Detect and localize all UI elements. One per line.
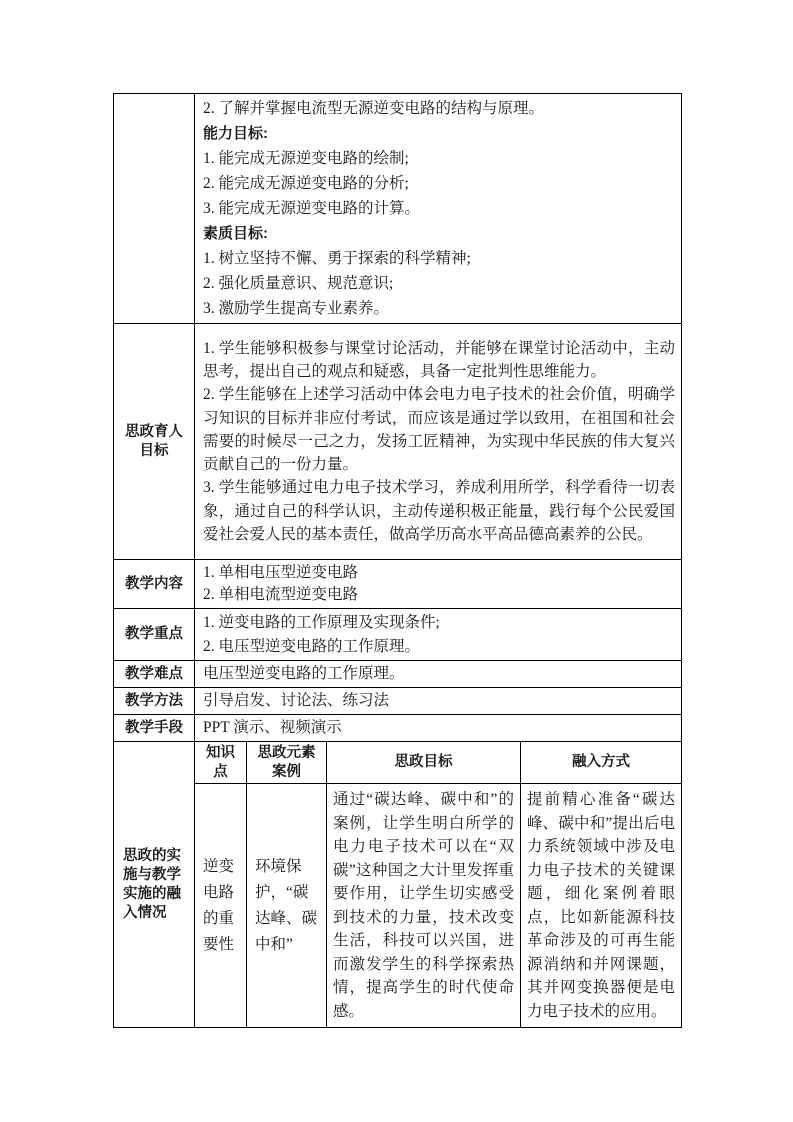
integration-method-cell: 提前精心准备“碳达峰、碳中和”提出后电力系统领域中涉及电力电子技术的关键课题，细… — [521, 784, 682, 1028]
ability-goal-item: 1. 能完成无源逆变电路的绘制; — [203, 146, 675, 171]
ideological-goal-paragraph: 2. 学生能够在上述学习活动中体会电力电子技术的社会价值，明确学习知识的目标并非… — [203, 383, 675, 476]
teaching-means-cell: PPT 演示、视频演示 — [195, 715, 682, 742]
teaching-method-cell: 引导启发、讨论法、练习法 — [195, 688, 682, 715]
knowledge-point-cell: 逆变电路的重要性 — [195, 784, 247, 1028]
quality-goal-item: 1. 树立坚持不懈、勇于探索的科学精神; — [203, 246, 675, 271]
row-label-empty — [114, 94, 195, 324]
teaching-focus-item: 2. 电压型逆变电路的工作原理。 — [203, 635, 675, 659]
quality-goal-item: 3. 激励学生提高专业素养。 — [203, 296, 675, 321]
teaching-focus-item: 1. 逆变电路的工作原理及实现条件; — [203, 611, 675, 635]
column-header-element-case: 思政元素案例 — [247, 742, 327, 784]
knowledge-goal-item: 2. 了解并掌握电流型无源逆变电路的结构与原理。 — [203, 96, 675, 121]
teaching-focus-cell: 1. 逆变电路的工作原理及实现条件; 2. 电压型逆变电路的工作原理。 — [195, 609, 682, 661]
quality-goal-item: 2. 强化质量意识、规范意识; — [203, 271, 675, 296]
ability-goals-heading: 能力目标: — [203, 121, 675, 146]
teaching-content-item: 2. 单相电流型逆变电路 — [203, 584, 675, 606]
row-label-teaching-focus: 教学重点 — [114, 609, 195, 661]
row-label-teaching-difficulty: 教学难点 — [114, 661, 195, 688]
row-label-teaching-content: 教学内容 — [114, 560, 195, 609]
teaching-content-item: 1. 单相电压型逆变电路 — [203, 562, 675, 584]
column-header-ideological-goal: 思政目标 — [327, 742, 521, 784]
column-header-knowledge-point: 知识点 — [195, 742, 247, 784]
row-label-implementation: 思政的实施与教学实施的融入情况 — [114, 742, 195, 1028]
ideological-goal-cell: 通过“碳达峰、碳中和”的案例，让学生明白所学的电力电子技术可以在“双碳”这种国之… — [327, 784, 521, 1028]
document-page: 2. 了解并掌握电流型无源逆变电路的结构与原理。 能力目标: 1. 能完成无源逆… — [0, 0, 793, 1122]
element-case-cell: 环境保护，“碳达峰、碳中和” — [247, 784, 327, 1028]
ideological-goals-cell: 1. 学生能够积极参与课堂讨论活动，并能够在课堂讨论活动中，主动思考，提出自己的… — [195, 324, 682, 560]
teaching-difficulty-cell: 电压型逆变电路的工作原理。 — [195, 661, 682, 688]
row-label-teaching-method: 教学方法 — [114, 688, 195, 715]
teaching-content-cell: 1. 单相电压型逆变电路 2. 单相电流型逆变电路 — [195, 560, 682, 609]
ability-goal-item: 3. 能完成无源逆变电路的计算。 — [203, 196, 675, 221]
ideological-goal-paragraph: 1. 学生能够积极参与课堂讨论活动，并能够在课堂讨论活动中，主动思考，提出自己的… — [203, 337, 675, 384]
column-header-integration-method: 融入方式 — [521, 742, 682, 784]
row-label-ideological-goals: 思政育人目标 — [114, 324, 195, 560]
ideological-goal-paragraph: 3. 学生能够通过电力电子技术学习，养成利用所学，科学看待一切表象，通过自己的科… — [203, 476, 675, 546]
lesson-plan-table: 2. 了解并掌握电流型无源逆变电路的结构与原理。 能力目标: 1. 能完成无源逆… — [113, 93, 682, 1028]
row-label-teaching-means: 教学手段 — [114, 715, 195, 742]
ability-goal-item: 2. 能完成无源逆变电路的分析; — [203, 171, 675, 196]
quality-goals-heading: 素质目标: — [203, 221, 675, 246]
teaching-goals-cell: 2. 了解并掌握电流型无源逆变电路的结构与原理。 能力目标: 1. 能完成无源逆… — [195, 94, 682, 324]
